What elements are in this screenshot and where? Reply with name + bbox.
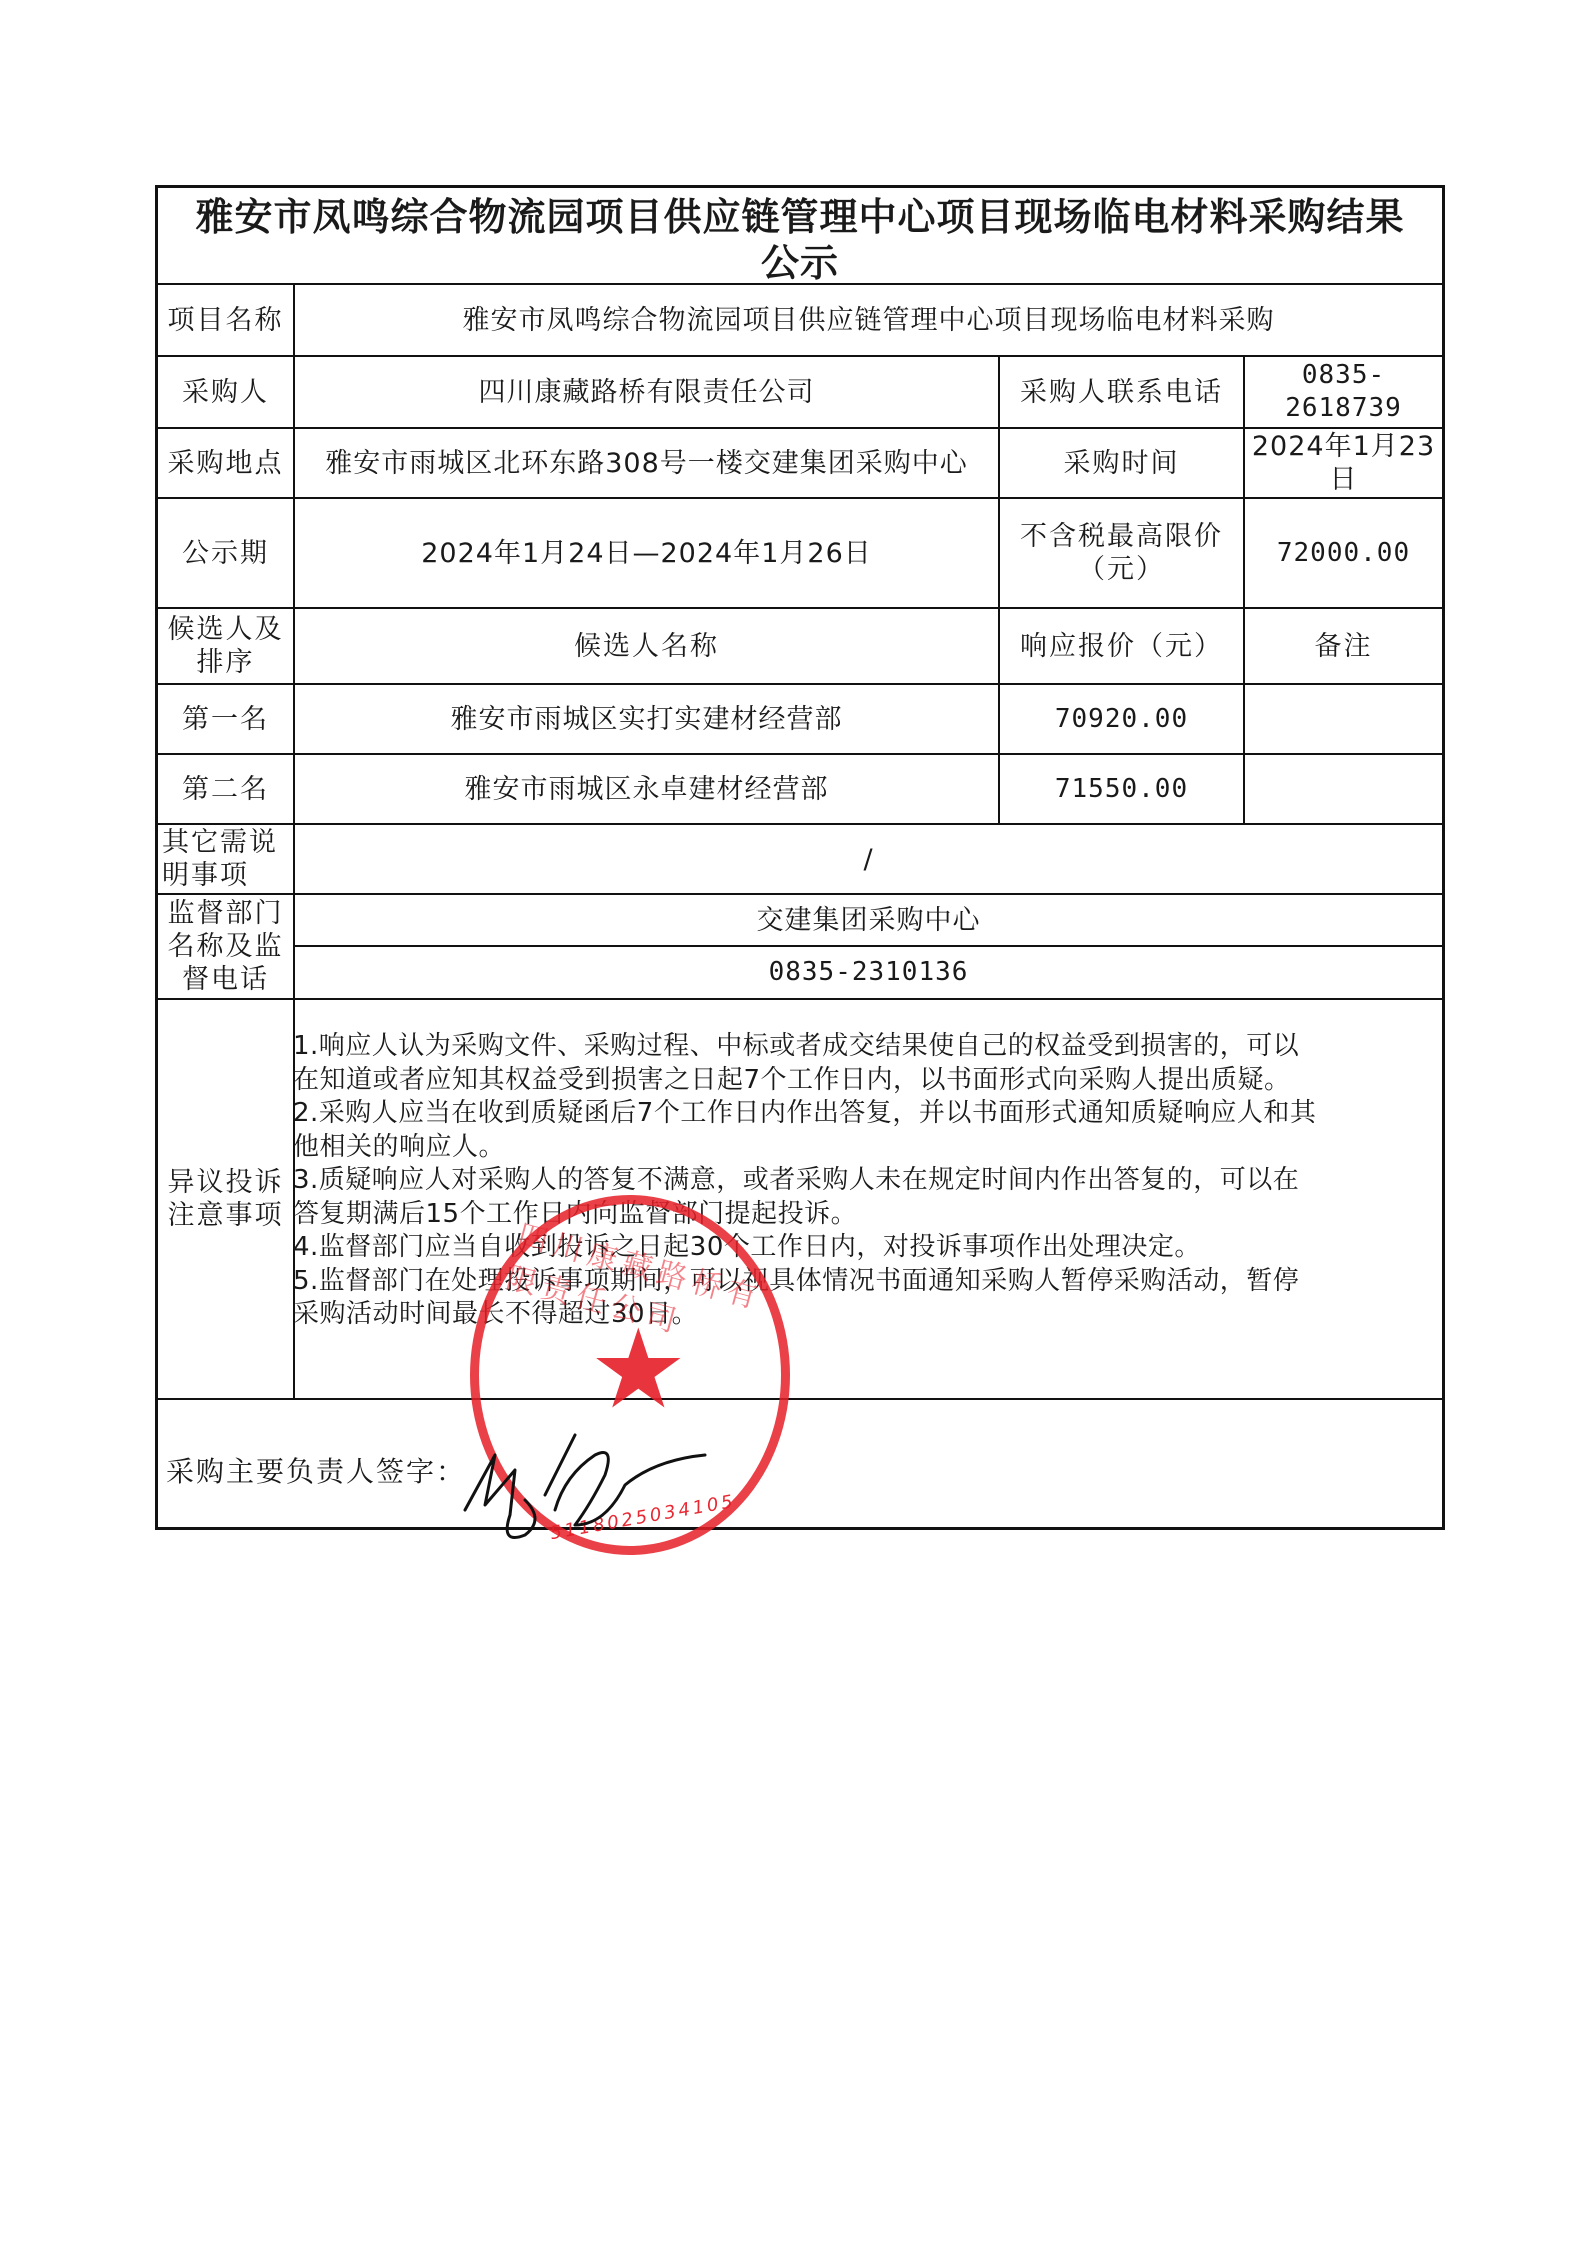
document-page: 雅安市凤鸣综合物流园项目供应链管理中心项目现场临电材料采购结果 公示 项目名称 … xyxy=(0,0,1587,2244)
objection-label-line-1: 异议投诉 xyxy=(168,1166,284,1199)
candidate-price: 71550.00 xyxy=(998,755,1243,823)
location-row: 采购地点 雅安市雨城区北环东路308号一楼交建集团采购中心 采购时间 2024年… xyxy=(158,427,1442,497)
objection-row: 异议投诉 注意事项 1.响应人认为采购文件、采购过程、中标或者成交结果使自己的权… xyxy=(158,998,1442,1398)
objection-line: 2.采购人应当在收到质疑函后7个工作日内作出答复，并以书面形式通知质疑响应人和其 xyxy=(293,1097,1434,1131)
other-label: 其它需说 明事项 xyxy=(158,825,293,893)
title-line-1: 雅安市凤鸣综合物流园项目供应链管理中心项目现场临电材料采购结果 xyxy=(168,194,1432,240)
project-name-row: 项目名称 雅安市凤鸣综合物流园项目供应链管理中心项目现场临电材料采购 xyxy=(158,283,1442,355)
notice-table: 雅安市凤鸣综合物流园项目供应链管理中心项目现场临电材料采购结果 公示 项目名称 … xyxy=(155,185,1445,1530)
objection-notes: 1.响应人认为采购文件、采购过程、中标或者成交结果使自己的权益受到损害的，可以 … xyxy=(293,1030,1434,1332)
title-line-2: 公示 xyxy=(168,240,1432,286)
project-name-label: 项目名称 xyxy=(158,285,293,355)
notice-period-row: 公示期 2024年1月24日—2024年1月26日 不含税最高限价 （元） 72… xyxy=(158,497,1442,607)
objection-label: 异议投诉 注意事项 xyxy=(158,1000,293,1398)
purchaser-value: 四川康藏路桥有限责任公司 xyxy=(293,357,998,427)
objection-line: 答复期满后15个工作日内向监督部门提起投诉。 xyxy=(293,1198,1434,1232)
supervision-phone: 0835-2310136 xyxy=(293,947,1442,998)
objection-line: 4.监督部门应当自收到投诉之日起30个工作日内，对投诉事项作出处理决定。 xyxy=(293,1231,1434,1265)
page-title: 雅安市凤鸣综合物流园项目供应链管理中心项目现场临电材料采购结果 公示 xyxy=(158,188,1442,283)
signature-row: 采购主要负责人签字： xyxy=(158,1398,1442,1527)
candidates-label-line-1: 候选人及 xyxy=(168,613,284,646)
objection-line: 1.响应人认为采购文件、采购过程、中标或者成交结果使自己的权益受到损害的，可以 xyxy=(293,1030,1434,1064)
candidate-remark xyxy=(1243,755,1442,823)
candidate-name: 雅安市雨城区实打实建材经营部 xyxy=(293,685,998,753)
supervision-dept: 交建集团采购中心 xyxy=(293,895,1442,947)
max-price-value: 72000.00 xyxy=(1243,499,1442,607)
candidates-header-row: 候选人及 排序 候选人名称 响应报价（元） 备注 xyxy=(158,607,1442,683)
location-value: 雅安市雨城区北环东路308号一楼交建集团采购中心 xyxy=(293,429,998,497)
supervision-label-line-3: 督电话 xyxy=(182,963,269,996)
title-row: 雅安市凤鸣综合物流园项目供应链管理中心项目现场临电材料采购结果 公示 xyxy=(158,188,1442,283)
other-value: / xyxy=(293,825,1442,893)
supervision-label-line-2: 名称及监 xyxy=(168,930,284,963)
purchaser-label: 采购人 xyxy=(158,357,293,427)
max-price-label: 不含税最高限价 （元） xyxy=(998,499,1243,607)
supervision-label-line-1: 监督部门 xyxy=(168,897,284,930)
objection-line: 5.监督部门在处理投诉事项期间，可以视具体情况书面通知采购人暂停采购活动，暂停 xyxy=(293,1265,1434,1299)
location-label: 采购地点 xyxy=(158,429,293,497)
project-name-value: 雅安市凤鸣综合物流园项目供应链管理中心项目现场临电材料采购 xyxy=(293,285,1442,355)
signature-label: 采购主要负责人签字： xyxy=(166,1450,466,1490)
candidate-price-header: 响应报价（元） xyxy=(998,609,1243,683)
purchaser-phone-label: 采购人联系电话 xyxy=(998,357,1243,427)
purchase-time-value: 2024年1月23日 xyxy=(1243,429,1442,497)
supervision-label: 监督部门 名称及监 督电话 xyxy=(158,895,293,998)
candidate-name: 雅安市雨城区永卓建材经营部 xyxy=(293,755,998,823)
candidates-label: 候选人及 排序 xyxy=(158,609,293,683)
notice-period-label: 公示期 xyxy=(158,499,293,607)
other-label-line-1: 其它需说 xyxy=(162,826,278,859)
max-price-label-line-2: （元） xyxy=(1078,553,1165,586)
purchaser-phone-value: 0835-2618739 xyxy=(1243,357,1442,427)
candidate-price: 70920.00 xyxy=(998,685,1243,753)
objection-line: 3.质疑响应人对采购人的答复不满意，或者采购人未在规定时间内作出答复的，可以在 xyxy=(293,1164,1434,1198)
objection-line: 他相关的响应人。 xyxy=(293,1131,1434,1165)
purchase-time-label: 采购时间 xyxy=(998,429,1243,497)
other-label-line-2: 明事项 xyxy=(162,859,249,892)
max-price-label-line-1: 不含税最高限价 xyxy=(1020,520,1223,553)
candidate-name-header: 候选人名称 xyxy=(293,609,998,683)
supervision-row: 监督部门 名称及监 督电话 交建集团采购中心 0835-2310136 xyxy=(158,893,1442,998)
candidate-rank: 第一名 xyxy=(158,685,293,753)
purchaser-row: 采购人 四川康藏路桥有限责任公司 采购人联系电话 0835-2618739 xyxy=(158,355,1442,427)
notice-period-value: 2024年1月24日—2024年1月26日 xyxy=(293,499,998,607)
candidate-remark xyxy=(1243,685,1442,753)
candidate-remark-header: 备注 xyxy=(1243,609,1442,683)
objection-label-line-2: 注意事项 xyxy=(168,1199,284,1232)
objection-line: 在知道或者应知其权益受到损害之日起7个工作日内，以书面形式向采购人提出质疑。 xyxy=(293,1064,1434,1098)
candidate-row: 第二名 雅安市雨城区永卓建材经营部 71550.00 xyxy=(158,753,1442,823)
candidate-row: 第一名 雅安市雨城区实打实建材经营部 70920.00 xyxy=(158,683,1442,753)
objection-line: 采购活动时间最长不得超过30日。 xyxy=(293,1298,1434,1332)
other-row: 其它需说 明事项 / xyxy=(158,823,1442,893)
candidates-label-line-2: 排序 xyxy=(197,646,255,679)
candidate-rank: 第二名 xyxy=(158,755,293,823)
